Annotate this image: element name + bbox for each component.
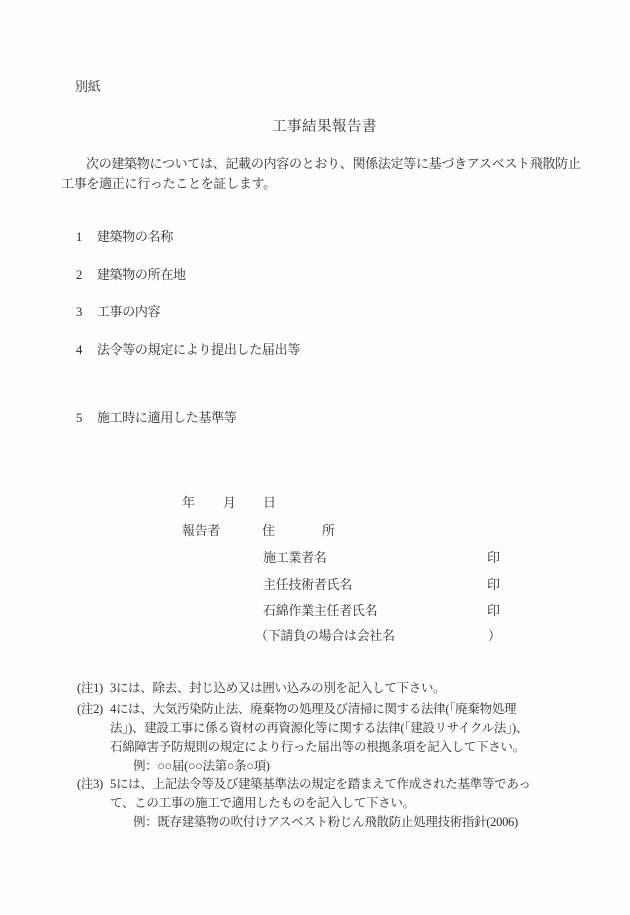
- item-label: 法令等の規定により提出した届出等: [97, 342, 300, 357]
- note-1-prefix: (注1): [77, 681, 103, 695]
- subcontract-note-close: ）: [488, 629, 501, 644]
- item-label: 建築物の所在地: [97, 267, 186, 282]
- intro-paragraph-line-2: 工事を適正に行ったことを証します。: [61, 177, 276, 192]
- item-number: 4: [76, 343, 97, 358]
- item-number: 1: [76, 230, 97, 245]
- chief-engineer-name-label: 主任技術者氏名: [263, 578, 352, 593]
- note-3-line-2: て、この工事の施工で適用したものを記入して下さい。: [110, 796, 415, 810]
- item-number: 3: [76, 305, 97, 320]
- item-label: 施工時に適用した基準等: [97, 410, 237, 425]
- note-3-line-1: 5には、上記法令等及び建築基準法の規定を踏まえて作成された基準等であっ: [110, 777, 531, 791]
- form-item-5: 5施工時に適用した基準等: [64, 396, 237, 441]
- note-2-example: 例：○○届(○○法第○条○項): [133, 759, 270, 773]
- note-2-line-3: 石綿障害予防規則の規定により行った届出等の根拠条項を記入して下さい。: [110, 740, 525, 754]
- date-month-label: 月: [223, 496, 236, 511]
- date-year-label: 年: [182, 496, 195, 511]
- note-2-prefix: (注2): [77, 702, 103, 716]
- contractor-name-label: 施工業者名: [263, 551, 327, 566]
- subcontract-note-open: （下請負の場合は会社名: [255, 629, 395, 644]
- address-label-left: 住: [262, 524, 275, 539]
- item-label: 建築物の名称: [97, 229, 173, 244]
- item-number: 5: [76, 411, 97, 426]
- attachment-label: 別紙: [75, 80, 100, 95]
- reporter-label: 報告者: [182, 524, 220, 539]
- note-3-prefix: (注3): [77, 777, 103, 791]
- date-day-label: 日: [263, 496, 276, 511]
- document-title: 工事結果報告書: [272, 119, 377, 136]
- intro-paragraph-line-1: 次の建築物については、記載の内容のとおり、関係法定等に基づきアスベスト飛散防止: [86, 157, 581, 172]
- asbestos-chief-name-label: 石綿作業主任者氏名: [263, 604, 377, 619]
- seal-mark: 印: [487, 604, 500, 619]
- seal-mark: 印: [487, 578, 500, 593]
- note-2-line-2: 法」)、建設工事に係る資材の再資源化等に関する法律(「建設リサイクル法」)、: [110, 721, 528, 735]
- seal-mark: 印: [487, 551, 500, 566]
- item-label: 工事の内容: [97, 304, 161, 319]
- address-label-right: 所: [322, 524, 335, 539]
- report-document: 別紙 工事結果報告書 次の建築物については、記載の内容のとおり、関係法定等に基づ…: [0, 0, 630, 915]
- note-3-example: 例：既存建築物の吹付けアスベスト粉じん飛散防止処理技術指針(2006): [133, 815, 518, 829]
- note-2-line-1: 4には、大気汚染防止法、廃棄物の処理及び清掃に関する法律(「廃棄物処理: [110, 702, 516, 716]
- note-1-text: 3には、除去、封じ込め又は囲い込みの別を記入して下さい。: [110, 681, 445, 695]
- item-number: 2: [76, 268, 97, 283]
- form-item-4: 4法令等の規定により提出した届出等: [64, 328, 300, 373]
